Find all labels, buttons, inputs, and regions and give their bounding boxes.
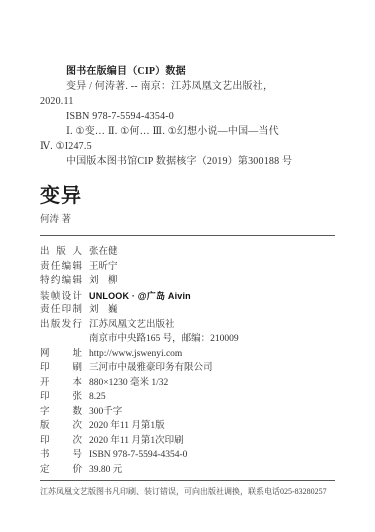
colophon-block: 出版人张在健责任编辑王昕宁特约编辑刘 柳装帧设计UNLOOK · @广岛 Aiv… xyxy=(40,245,335,477)
cip-lines: 变异 / 何涛著. -- 南京：江苏凤凰文艺出版社，2020.11ISBN 97… xyxy=(40,79,335,169)
colophon-label: 特约编辑 xyxy=(40,274,82,289)
colophon-value: 2020 年11 月第1次印刷 xyxy=(89,434,184,449)
colophon-label: 字数 xyxy=(40,405,82,420)
colophon-value: 三河市中晟雅豪印务有限公司 xyxy=(89,361,213,376)
colophon-row: 定价39.80 元 xyxy=(40,463,335,478)
colophon-value: http://www.jswenyi.com xyxy=(89,347,182,362)
book-title: 变异 xyxy=(40,184,335,208)
colophon-value: 王昕宁 xyxy=(89,260,118,275)
colophon-value: 8.25 xyxy=(89,390,106,405)
colophon-value: 2020 年11 月第1版 xyxy=(89,419,165,434)
colophon-label: 开本 xyxy=(40,376,82,391)
colophon-row: 网址http://www.jswenyi.com xyxy=(40,347,335,362)
cip-line: 变异 / 何涛著. -- 南京：江苏凤凰文艺出版社， xyxy=(40,79,335,94)
cip-line: Ⅳ. ①I247.5 xyxy=(40,139,335,154)
colophon-row: 特约编辑刘 柳 xyxy=(40,274,335,289)
colophon-value: 张在健 xyxy=(89,245,118,260)
divider-bottom xyxy=(40,480,335,481)
colophon-value: ISBN 978-7-5594-4354-0 xyxy=(89,448,187,463)
colophon-label: 网址 xyxy=(40,347,82,362)
colophon-label: 出版发行 xyxy=(40,318,82,333)
colophon-row: 南京市中央路165 号，邮编：210009 xyxy=(40,332,335,347)
colophon-label: 版次 xyxy=(40,419,82,434)
colophon-row: 责任编辑王昕宁 xyxy=(40,260,335,275)
footer-note: 江苏凤凰文艺版图书凡印刷、装订错误，可向出版社调换，联系电话025-832802… xyxy=(40,486,335,497)
colophon-row: 装帧设计UNLOOK · @广岛 Aivin xyxy=(40,289,335,304)
cip-line: 中国版本图书馆CIP 数据核字（2019）第300188 号 xyxy=(40,154,335,169)
colophon-value: UNLOOK · @广岛 Aivin xyxy=(89,289,191,304)
cip-line: 2020.11 xyxy=(40,94,335,109)
cip-line: ISBN 978-7-5594-4354-0 xyxy=(40,109,335,124)
colophon-label: 装帧设计 xyxy=(40,290,82,305)
colophon-value: 刘 巍 xyxy=(89,303,118,318)
cip-line: Ⅰ. ①变… Ⅱ. ①何… Ⅲ. ①幻想小说—中国—当代 xyxy=(40,124,335,139)
colophon-value: 刘 柳 xyxy=(89,274,118,289)
colophon-label: 印刷 xyxy=(40,361,82,376)
colophon-label: 印张 xyxy=(40,390,82,405)
colophon-label: 出版人 xyxy=(40,245,82,260)
colophon-label: 印次 xyxy=(40,434,82,449)
divider-top xyxy=(40,235,335,236)
cip-heading: 图书在版编目（CIP）数据 xyxy=(40,64,335,79)
colophon-label: 责任编辑 xyxy=(40,260,82,275)
book-author: 何涛 著 xyxy=(40,214,335,227)
colophon-row: 字数300千字 xyxy=(40,405,335,420)
cip-block: 图书在版编目（CIP）数据 变异 / 何涛著. -- 南京：江苏凤凰文艺出版社，… xyxy=(40,64,335,169)
colophon-value: 南京市中央路165 号，邮编：210009 xyxy=(89,332,239,347)
colophon-row: 版次2020 年11 月第1版 xyxy=(40,419,335,434)
colophon-row: 印次2020 年11 月第1次印刷 xyxy=(40,434,335,449)
colophon-row: 开本880×1230 毫米 1/32 xyxy=(40,376,335,391)
colophon-row: 印刷三河市中晟雅豪印务有限公司 xyxy=(40,361,335,376)
colophon-row: 书号ISBN 978-7-5594-4354-0 xyxy=(40,448,335,463)
colophon-value: 300千字 xyxy=(89,405,122,420)
colophon-label: 书号 xyxy=(40,448,82,463)
colophon-row: 责任印制刘 巍 xyxy=(40,303,335,318)
title-block: 变异 何涛 著 xyxy=(40,184,335,227)
colophon-row: 出版人张在健 xyxy=(40,245,335,260)
colophon-row: 印张8.25 xyxy=(40,390,335,405)
colophon-value: 江苏凤凰文艺出版社 xyxy=(89,318,175,333)
colophon-value: 880×1230 毫米 1/32 xyxy=(89,376,168,391)
colophon-value: 39.80 元 xyxy=(89,463,122,478)
colophon-label: 责任印制 xyxy=(40,303,82,318)
colophon-label: 定价 xyxy=(40,463,82,478)
copyright-page: 图书在版编目（CIP）数据 变异 / 何涛著. -- 南京：江苏凤凰文艺出版社，… xyxy=(0,0,375,532)
colophon-row: 出版发行江苏凤凰文艺出版社 xyxy=(40,318,335,333)
